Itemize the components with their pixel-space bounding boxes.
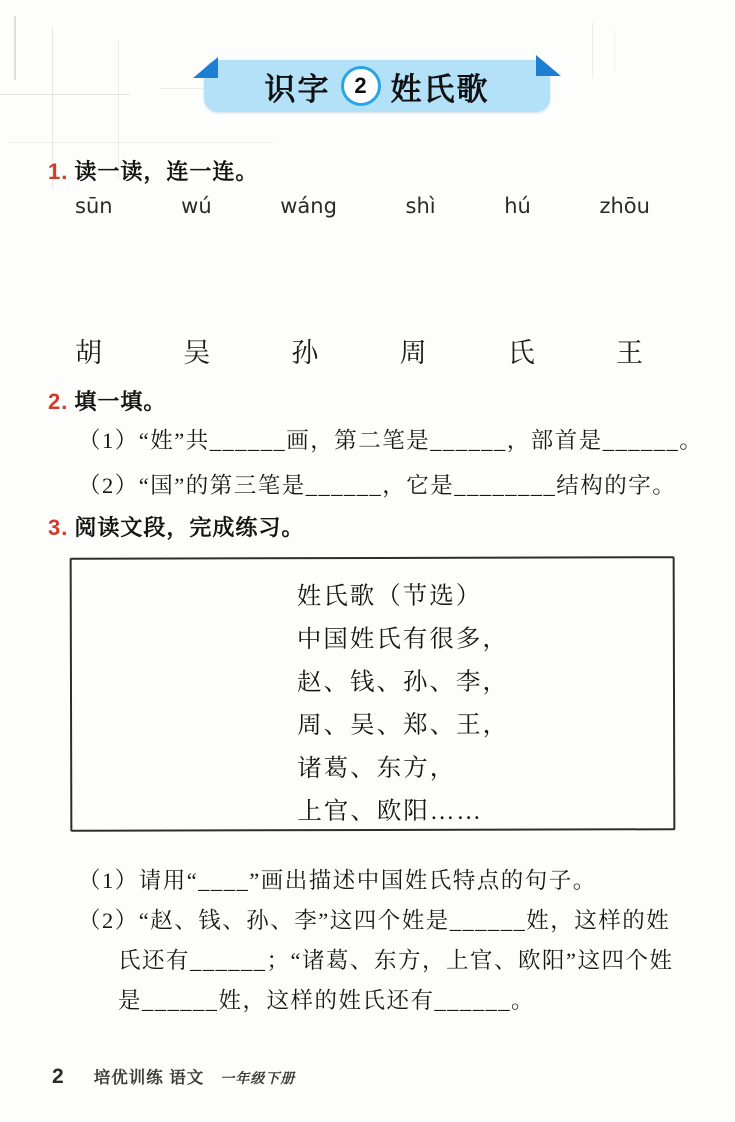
page-footer: 2 培优训练 语文 一年级下册 bbox=[52, 1064, 295, 1089]
scan-artifact bbox=[614, 30, 615, 72]
passage-line: 赵、钱、孙、李， bbox=[297, 661, 509, 705]
fill-blank-question: （2）“国”的第三笔是______，它是________结构的字。 bbox=[78, 468, 676, 500]
page-number: 2 bbox=[52, 1065, 64, 1089]
section3-title: 阅读文段，完成练习。 bbox=[74, 515, 304, 540]
reading-question: （1）请用“____”画出描述中国姓氏特点的句子。 bbox=[78, 863, 597, 895]
section2-number: 2. bbox=[48, 389, 68, 414]
section3-number: 3. bbox=[48, 515, 68, 540]
scan-artifact bbox=[592, 22, 593, 78]
passage-line: 中国姓氏有很多， bbox=[297, 618, 509, 662]
pinyin-item: shì bbox=[406, 194, 436, 218]
lesson-number-badge: 2 bbox=[341, 66, 381, 106]
fill-blank-question: （1）“姓”共______画，第二笔是______，部首是______。 bbox=[78, 423, 703, 455]
pinyin-row: sūn wú wáng shì hú zhōu bbox=[75, 194, 650, 218]
section1-title: 读一读，连一连。 bbox=[74, 159, 258, 184]
lesson-title: 姓氏歌 bbox=[391, 64, 490, 109]
character-item: 周 bbox=[400, 331, 427, 370]
section2-header: 2.填一填。 bbox=[48, 385, 166, 416]
section2-title: 填一填。 bbox=[74, 389, 166, 414]
scan-artifact bbox=[14, 16, 16, 80]
section1-number: 1. bbox=[48, 159, 68, 184]
book-title: 培优训练 语文 bbox=[94, 1064, 205, 1088]
character-item: 吴 bbox=[183, 331, 210, 370]
passage-box: 姓氏歌（节选） 中国姓氏有很多， 赵、钱、孙、李， 周、吴、郑、王， 诸葛、东方… bbox=[70, 556, 676, 832]
lesson-number: 2 bbox=[354, 73, 366, 99]
section1-header: 1.读一读，连一连。 bbox=[48, 155, 258, 186]
passage-text: 姓氏歌（节选） 中国姓氏有很多， 赵、钱、孙、李， 周、吴、郑、王， 诸葛、东方… bbox=[297, 575, 510, 834]
scan-artifact bbox=[0, 94, 130, 95]
reading-question-continuation: 是______姓，这样的姓氏还有______。 bbox=[118, 983, 535, 1015]
ribbon-corner-icon bbox=[193, 57, 218, 78]
pinyin-item: zhōu bbox=[599, 194, 650, 218]
character-item: 孙 bbox=[291, 331, 318, 370]
character-item: 王 bbox=[616, 331, 643, 370]
passage-line: 诸葛、东方， bbox=[297, 747, 509, 791]
lesson-banner: 识字 2 姓氏歌 bbox=[204, 60, 550, 112]
pinyin-item: hú bbox=[504, 194, 531, 218]
passage-line: 周、吴、郑、王， bbox=[297, 704, 509, 748]
scan-artifact bbox=[8, 142, 273, 143]
worksheet-page: 识字 2 姓氏歌 1.读一读，连一连。 sūn wú wáng shì hú z… bbox=[0, 0, 735, 1122]
reading-question-continuation: 氏还有______；“诸葛、东方，上官、欧阳”这四个姓 bbox=[118, 943, 673, 975]
ribbon-corner-icon bbox=[536, 55, 561, 76]
lesson-prefix: 识字 bbox=[265, 64, 331, 109]
volume-label: 一年级下册 bbox=[220, 1068, 295, 1088]
pinyin-item: wáng bbox=[280, 194, 337, 218]
character-item: 胡 bbox=[75, 331, 102, 370]
pinyin-item: sūn bbox=[75, 194, 113, 218]
pinyin-item: wú bbox=[181, 194, 212, 218]
passage-line: 上官、欧阳…… bbox=[297, 790, 509, 834]
section3-header: 3.阅读文段，完成练习。 bbox=[48, 511, 304, 542]
passage-title: 姓氏歌（节选） bbox=[297, 575, 509, 619]
character-row: 胡 吴 孙 周 氏 王 bbox=[75, 331, 643, 370]
character-item: 氏 bbox=[508, 331, 535, 370]
reading-question: （2）“赵、钱、孙、李”这四个姓是______姓，这样的姓 bbox=[78, 903, 670, 935]
